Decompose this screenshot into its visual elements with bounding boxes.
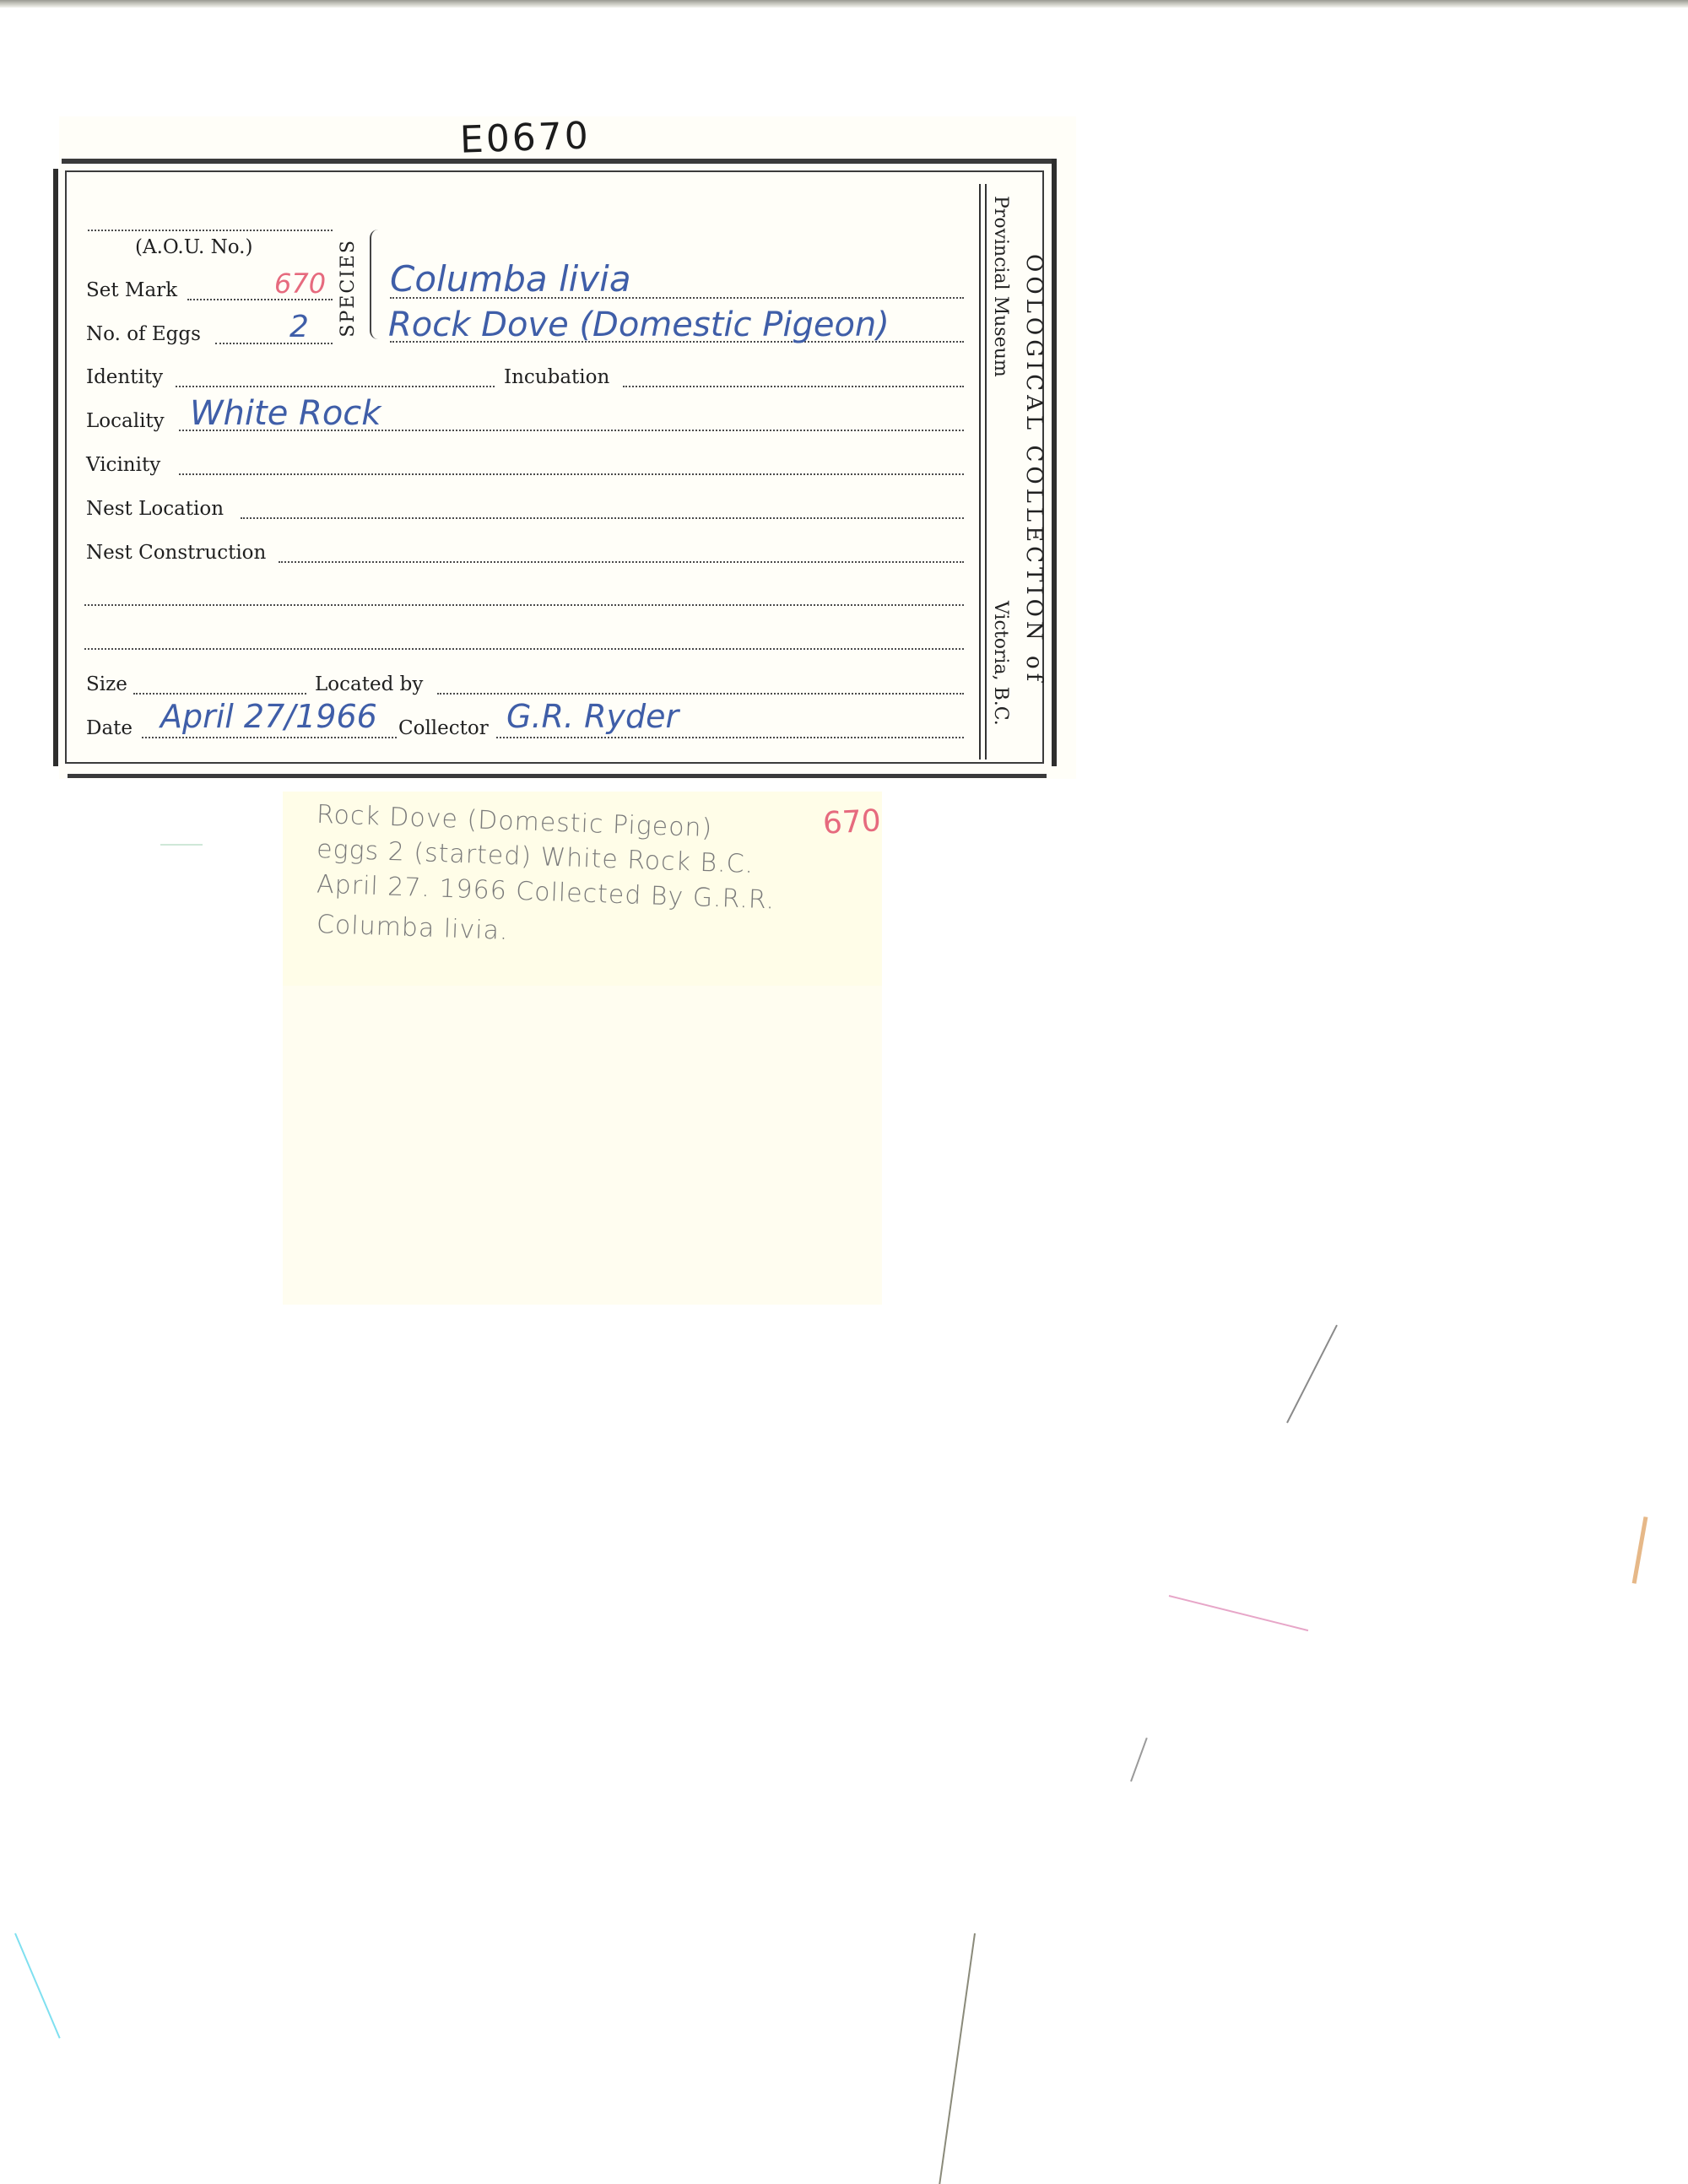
card-border-top <box>62 159 1056 164</box>
species-common-value: Rock Dove (Domestic Pigeon) <box>388 308 890 342</box>
note-set-mark: 670 <box>822 803 882 841</box>
scan-mark-grey <box>1286 1325 1338 1424</box>
vicinity-line <box>179 473 964 475</box>
identity-label: Identity <box>86 368 163 387</box>
size-label: Size <box>86 675 127 695</box>
identity-line <box>176 386 495 387</box>
set-mark-label: Set Mark <box>86 281 177 300</box>
scan-mark-green <box>160 844 203 846</box>
scan-edge <box>0 0 1688 8</box>
species-scientific-value: Columba livia <box>390 262 631 297</box>
side-rule-inner <box>979 184 981 760</box>
incubation-line <box>623 386 964 387</box>
size-line <box>133 693 306 695</box>
locality-label: Locality <box>86 412 165 431</box>
aou-label: (A.O.U. No.) <box>135 238 252 257</box>
aou-field-line <box>88 230 333 231</box>
species-label: SPECIES <box>338 239 359 338</box>
collector-value: G.R. Ryder <box>506 700 679 733</box>
nest-construction-label: Nest Construction <box>86 543 266 563</box>
incubation-label: Incubation <box>504 368 609 387</box>
collector-line <box>496 737 964 738</box>
set-mark-value: 670 <box>274 270 326 297</box>
species-brace <box>370 230 380 339</box>
nest-location-label: Nest Location <box>86 500 224 519</box>
scan-mark-grey-small <box>1130 1738 1148 1781</box>
museum-city: Victoria, B.C. <box>990 601 1011 726</box>
locality-value: White Rock <box>190 397 381 430</box>
card-border-right <box>1052 159 1057 766</box>
catalog-number: E0670 <box>459 114 591 161</box>
blank-line-1 <box>84 604 964 606</box>
collector-label: Collector <box>398 719 489 738</box>
eggs-label: No. of Eggs <box>86 325 201 344</box>
card-border-bottom <box>68 774 1047 778</box>
scan-mark-cyan <box>14 1933 61 2039</box>
date-line <box>142 737 397 738</box>
nest-location-line <box>241 517 964 519</box>
scan-mark-pink <box>1169 1595 1308 1631</box>
eggs-line <box>215 343 333 344</box>
collection-title: OOLOGICAL COLLECTION of <box>1021 196 1047 744</box>
date-value: April 27/1966 <box>160 700 377 733</box>
handwritten-note-card: Rock Dove (Domestic Pigeon) eggs 2 (star… <box>283 792 882 1305</box>
scan-mark-orange <box>1632 1516 1648 1584</box>
blank-line-2 <box>84 648 964 650</box>
card-border-left <box>53 169 58 766</box>
located-by-label: Located by <box>315 675 423 695</box>
scan-mark-long <box>939 1933 976 2184</box>
vicinity-label: Vicinity <box>86 456 160 475</box>
located-by-line <box>437 693 964 695</box>
date-label: Date <box>86 719 133 738</box>
side-rule-outer <box>985 184 987 760</box>
nest-construction-line <box>279 561 964 563</box>
museum-name: Provincial Museum <box>990 196 1011 377</box>
eggs-value: 2 <box>289 312 309 343</box>
